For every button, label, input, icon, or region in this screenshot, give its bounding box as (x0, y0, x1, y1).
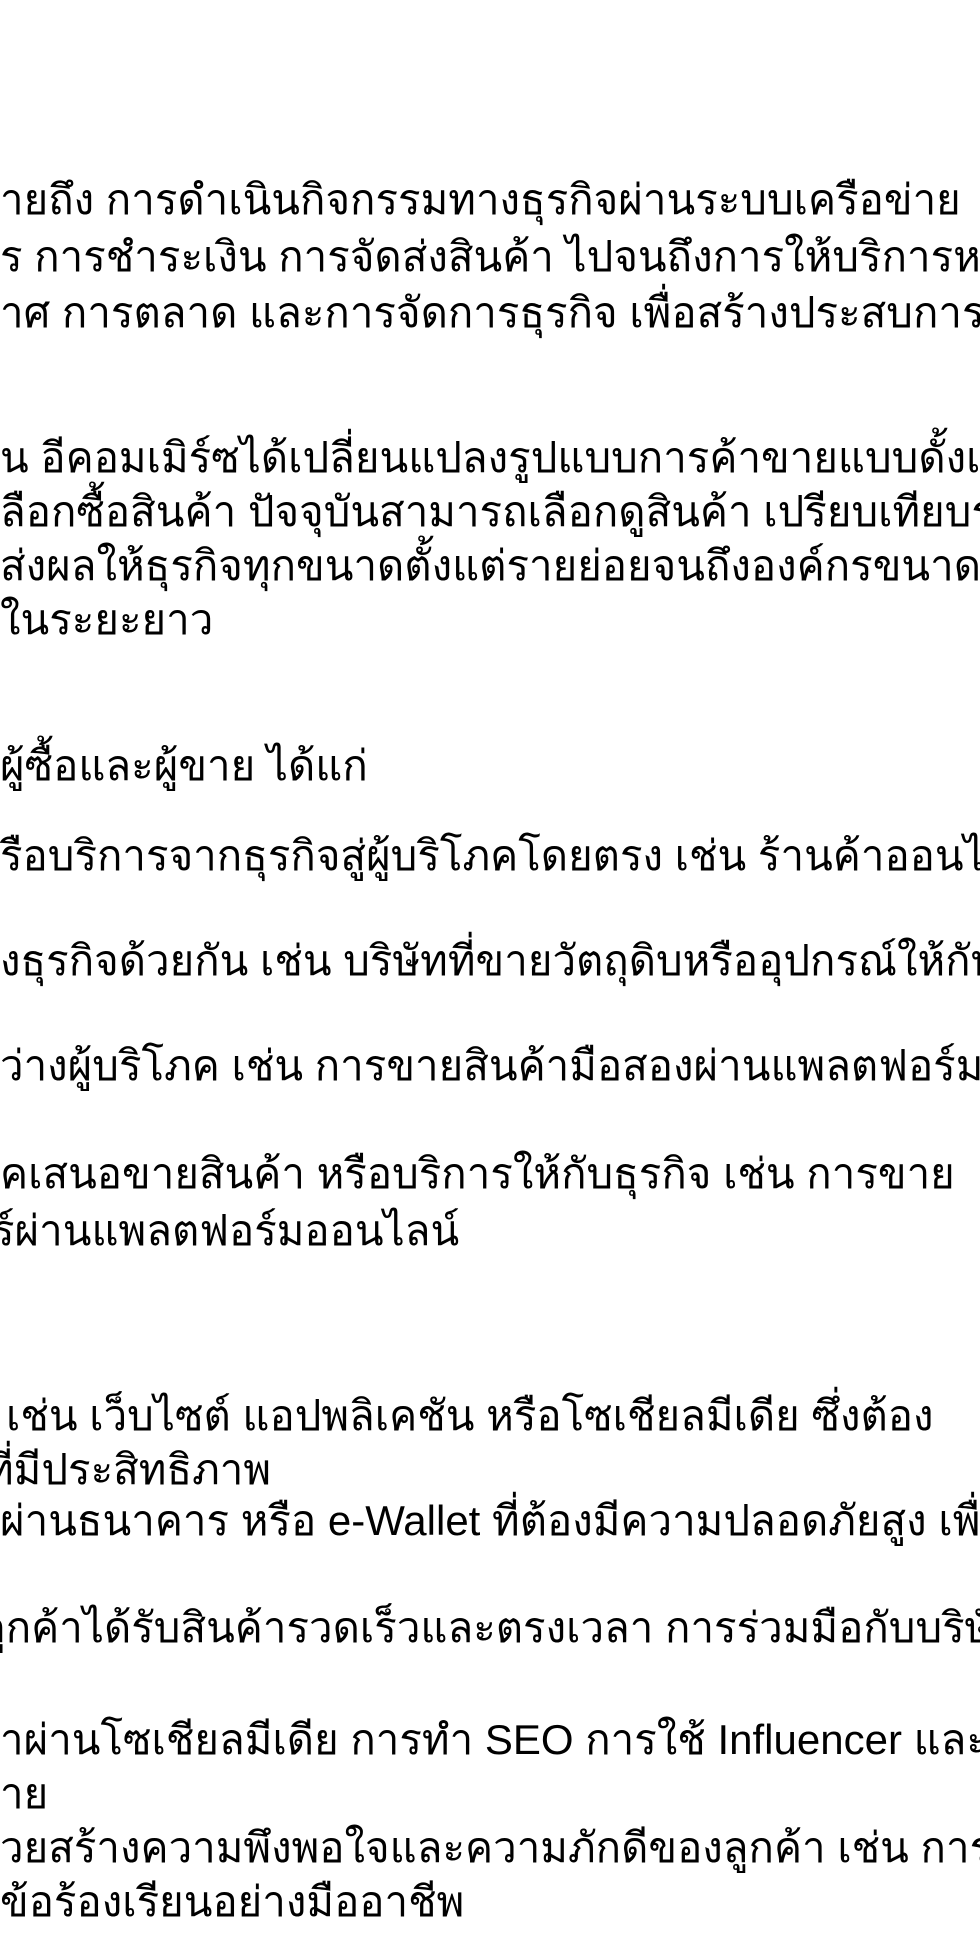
paragraph2-line-2: ลือกซื้อสินค้า ปัจจุบันสามารถเลือกดูสินค… (0, 484, 980, 539)
components-line-2: ที่มีประสิทธิภาพ (0, 1442, 271, 1497)
components-line-8: ข้อร้องเรียนอย่างมืออาชีพ (0, 1874, 464, 1929)
components-line-6: าย (0, 1766, 48, 1821)
components-line-5: าผ่านโซเชียลมีเดีย การทำ SEO การใช้ Infl… (0, 1712, 980, 1767)
paragraph1-line-1: ายถึง การดำเนินกิจกรรมทางธุรกิจผ่านระบบเ… (0, 172, 961, 227)
document-page: ายถึง การดำเนินกิจกรรมทางธุรกิจผ่านระบบเ… (0, 0, 980, 1960)
components-line-7: วยสร้างความพึงพอใจและความภักดีของลูกค้า … (0, 1820, 980, 1875)
components-line-4: ลูกค้าได้รับสินค้ารวดเร็วและตรงเวลา การร… (0, 1600, 980, 1655)
types-intro-line: ผู้ซื้อและผู้ขาย ได้แก่ (0, 738, 368, 793)
types-item-b2c: รือบริการจากธุรกิจสู่ผู้บริโภคโดยตรง เช่… (0, 828, 980, 883)
paragraph1-line-3: าศ การตลาด และการจัดการธุรกิจ เพื่อสร้าง… (0, 285, 980, 340)
types-item-c2c: ว่างผู้บริโภค เช่น การขายสินค้ามือสองผ่า… (0, 1038, 980, 1093)
types-item-c2b-1: คเสนอขายสินค้า หรือบริการให้กับธุรกิจ เช… (0, 1146, 955, 1201)
types-item-c2b-2: ร์ผ่านแพลตฟอร์มออนไลน์ (0, 1203, 459, 1258)
paragraph1-line-2: ร การชำระเงิน การจัดส่งสินค้า ไปจนถึงการ… (0, 229, 980, 284)
paragraph2-line-3: ส่งผลให้ธุรกิจทุกขนาดตั้งแต่รายย่อยจนถึง… (0, 538, 980, 593)
paragraph2-line-1: น อีคอมเมิร์ซได้เปลี่ยนแปลงรูปแบบการค้าข… (0, 430, 980, 485)
components-line-1: เช่น เว็บไซต์ แอปพลิเคชัน หรือโซเชียลมีเ… (6, 1388, 934, 1443)
paragraph2-line-4: ในระยะยาว (0, 592, 213, 647)
types-item-b2b: งธุรกิจด้วยกัน เช่น บริษัทที่ขายวัตถุดิบ… (0, 933, 980, 988)
components-line-3: ผ่านธนาคาร หรือ e-Wallet ที่ต้องมีความปล… (0, 1493, 980, 1548)
